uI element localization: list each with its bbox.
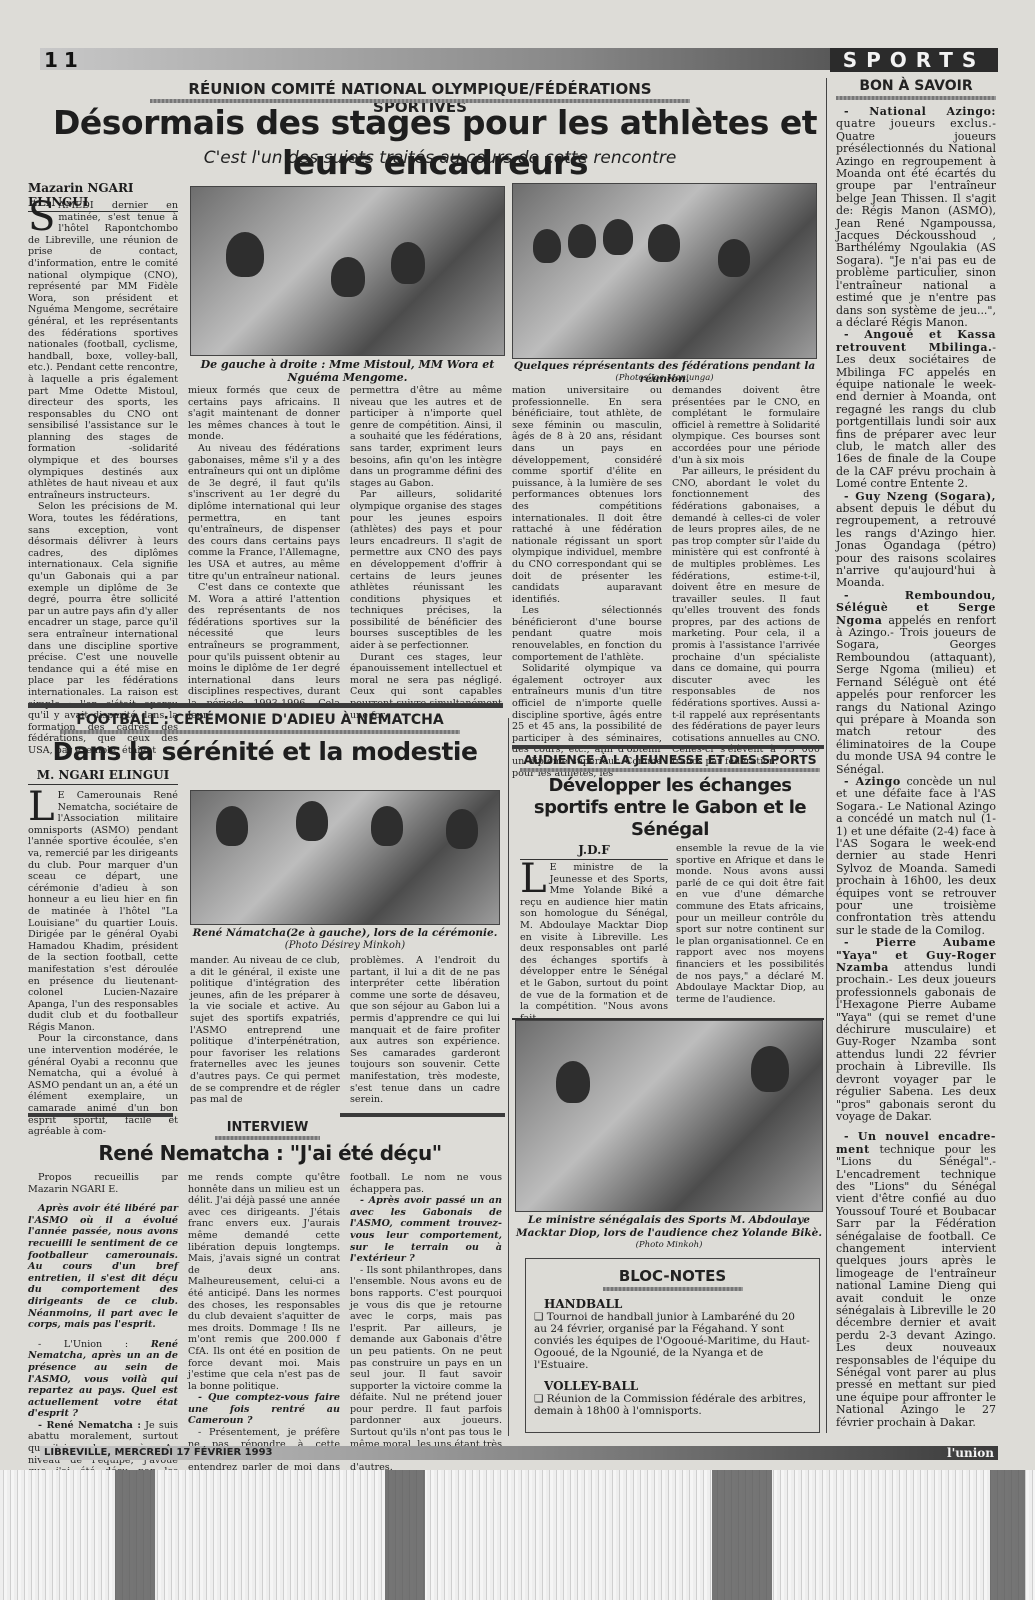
sidebar-news-list: - National Azingo: quatre joueurs exclus… (836, 106, 996, 1429)
audience-photo-caption: Le ministre sénégalais des Sports M. Abd… (515, 1214, 823, 1240)
footer-date: LIBREVILLE, MERCREDI 17 FÉVRIER 1993 (44, 1446, 272, 1460)
kicker-rule (60, 730, 460, 734)
sidebar-item: - Un nouvel encadre-ment technique pour … (836, 1131, 996, 1429)
photo1-caption: De gauche à droite : Mme Mistoul, MM Wor… (190, 358, 505, 384)
sidebar-item: - Angoué et Kassa retrouvent Mbilinga.- … (836, 329, 996, 490)
main-column-1: SAMEDI dernier en matinée, s'est tenue à… (28, 200, 178, 757)
football-column-3: problèmes. A l'endroit du partant, il lu… (350, 955, 500, 1106)
dropcap: L (28, 791, 55, 823)
main-column-2: mieux formés que ceux de certains pays a… (188, 385, 340, 721)
sidebar-title-rule (836, 96, 996, 100)
kicker-rule (603, 1287, 743, 1291)
page-number: 11 (44, 48, 84, 72)
audience-column-1: LE ministre de la Jeunesse et des Sports… (520, 862, 668, 1024)
main-headline: Désormais des stages pour les athlètes e… (40, 103, 830, 183)
interview-column-3: football. Le nom ne vous échappera pas. … (350, 1172, 502, 1473)
audience-photo (515, 1020, 823, 1212)
dropcap: S (28, 201, 55, 233)
scan-artifact-band (712, 1470, 772, 1600)
audience-column-2: ensemble la revue de la vie sportive en … (676, 843, 824, 1005)
audience-kicker: AUDIENCE À LA JEUNESSE ET DES SPORTS (520, 752, 820, 767)
bloc-item: ❑ Tournoi de handball junior à Lambaréné… (534, 1311, 811, 1371)
section-divider (28, 703, 503, 708)
section-label: SPORTS (830, 48, 998, 72)
sidebar-title: BON À SAVOIR (836, 78, 996, 94)
sidebar-item: - Azingo concède un nul et une défaite f… (836, 776, 996, 937)
interview-column-1: Propos recueillis par Mazarin NGARI E. A… (28, 1172, 178, 1489)
main-column-4: mation universitaire ou professionnelle.… (512, 385, 662, 779)
audience-photo-credit: (Photo Minkoh) (515, 1240, 823, 1250)
bloc-notes-title: BLOC-NOTES (534, 1267, 811, 1285)
sidebar-item: - Pierre Aubame "Yaya" et Guy-Roger Nzam… (836, 937, 996, 1123)
meeting-photo-1 (190, 186, 505, 356)
football-byline: M. NGARI ELINGUI (28, 768, 178, 785)
bloc-section-heading: HANDBALL (534, 1297, 811, 1311)
interview-headline: René Nematcha : "J'ai été déçu" (40, 1140, 500, 1166)
ceremony-photo (190, 790, 500, 925)
column-divider (508, 718, 509, 1436)
ceremony-photo-credit: (Photo Désirey Minkoh) (190, 940, 500, 951)
photo-credit: (Photos Joe Maniunga) (512, 373, 817, 383)
bloc-item: ❑ Réunion de la Commission fédérale des … (534, 1393, 811, 1417)
main-column-5: demandes doivent être présentées par le … (672, 385, 820, 768)
bloc-section-heading: VOLLEY-BALL (534, 1379, 811, 1393)
scan-artifact-band (115, 1470, 155, 1600)
scan-artifact (0, 1470, 1035, 1600)
newspaper-page: 11 SPORTS RÉUNION COMITÉ NATIONAL OLYMPI… (0, 0, 1035, 1470)
section-divider (340, 1113, 505, 1117)
interview-column-2: me rends compte qu'être honnête dans un … (188, 1172, 340, 1485)
football-column-2: mander. Au niveau de ce club, a dit le g… (190, 955, 340, 1106)
sidebar-divider (826, 78, 827, 1433)
main-deck: C'est l'un des sujets traités au cours d… (180, 148, 700, 168)
dropcap: L (520, 863, 547, 895)
section-divider (28, 1113, 173, 1117)
scan-artifact-band (990, 1470, 1025, 1600)
interview-kicker: INTERVIEW (200, 1120, 335, 1135)
bloc-notes-box: BLOC-NOTES HANDBALL ❑ Tournoi de handbal… (525, 1258, 820, 1433)
ceremony-caption: René Námatcha(2e à gauche), lors de la c… (190, 927, 500, 940)
sidebar-item: - Guy Nzeng (Sogara), absent depuis le d… (836, 491, 996, 590)
meeting-photo-2 (512, 183, 817, 359)
football-headline: Dans la sérénité et la modestie (40, 737, 490, 767)
kicker-rule (520, 768, 820, 772)
interview-intro: Après avoir été libéré par l'ASMO où il … (28, 1203, 178, 1331)
audience-headline: Développer les échanges sportifs entre l… (520, 775, 820, 841)
sidebar-item: - National Azingo: quatre joueurs exclus… (836, 106, 996, 329)
football-kicker: FOOTBALL : CÉRÉMONIE D'ADIEU À NEMATCHA (60, 712, 460, 728)
section-divider (512, 745, 824, 749)
sidebar-item: - Remboundou, Séléguè et Serge Ngoma app… (836, 590, 996, 776)
football-column-1: LE Camerounais René Nematcha, sociétaire… (28, 790, 178, 1138)
scan-artifact-band (385, 1470, 425, 1600)
newspaper-brand: l'union (900, 1446, 994, 1460)
main-column-3: permettra d'être au même niveau que les … (350, 385, 502, 721)
